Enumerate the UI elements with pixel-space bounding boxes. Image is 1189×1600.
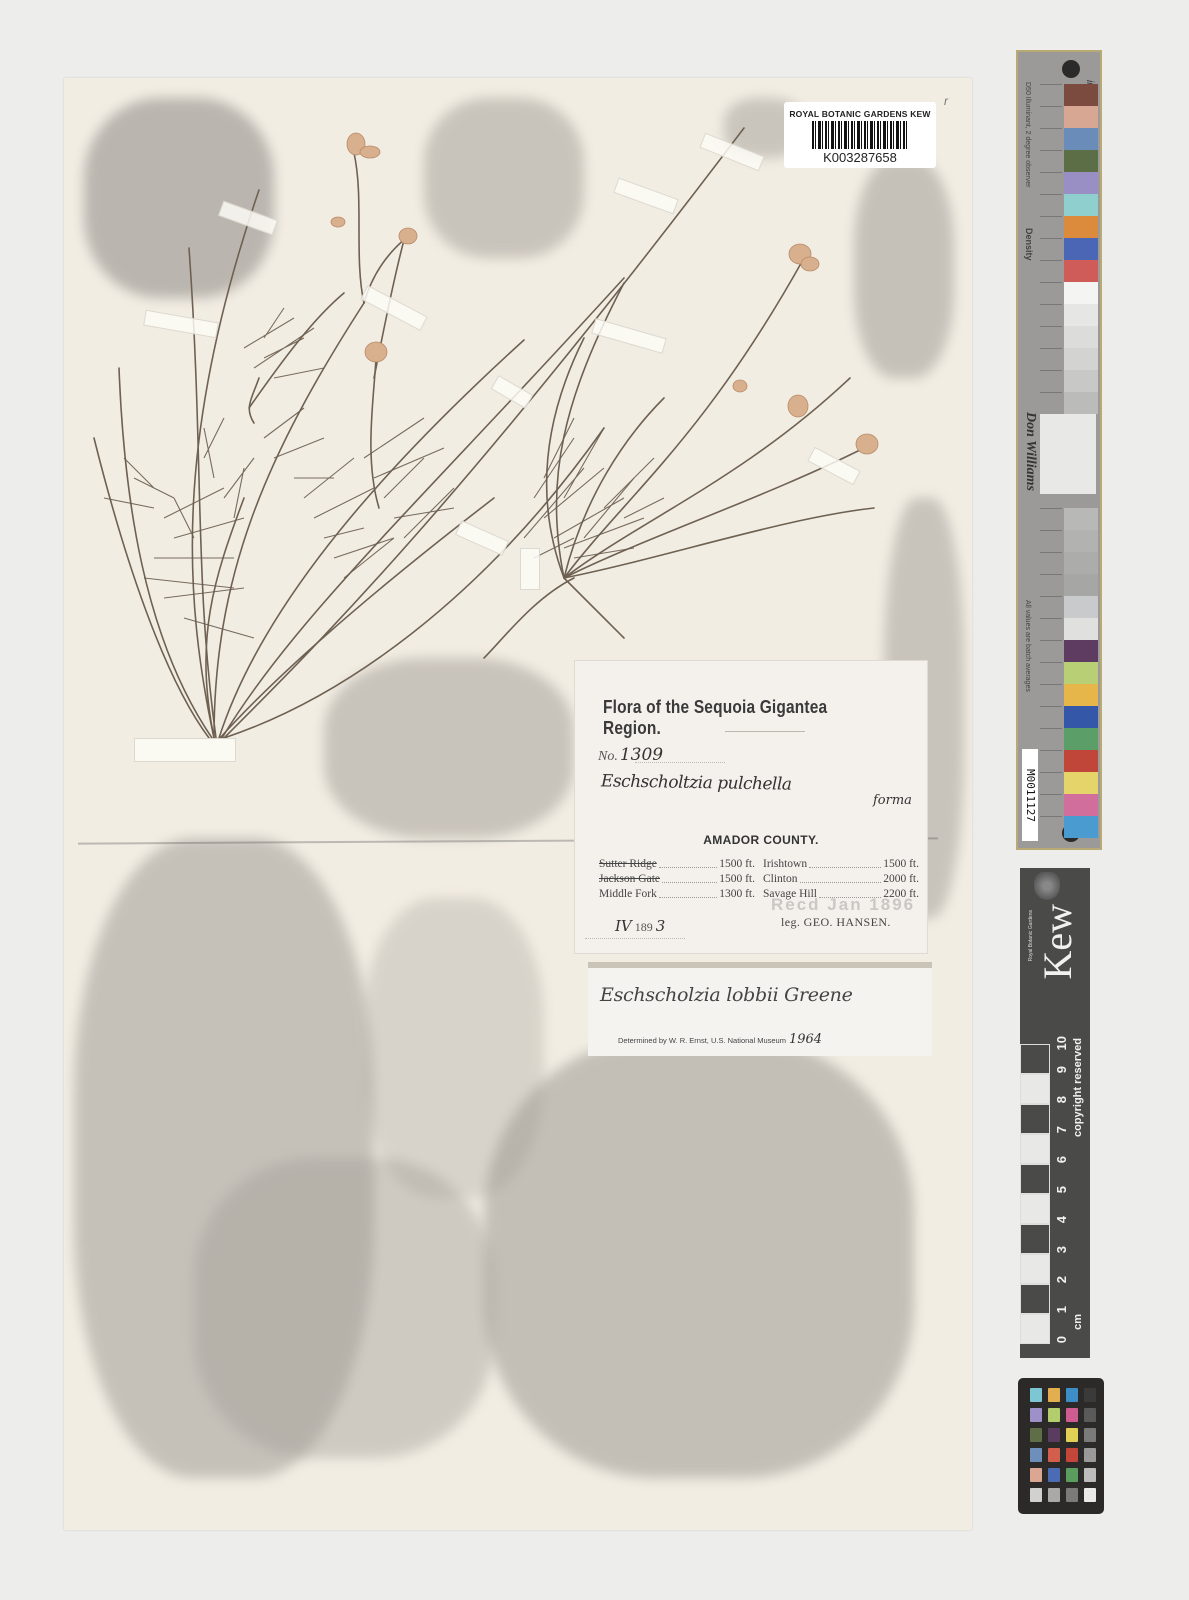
locality-row: Sutter Ridge1500 ft. Irishtown1500 ft. xyxy=(599,857,919,872)
handwritten-taxon-name: Eschscholtzia pulchella xyxy=(601,771,792,794)
patch-divider xyxy=(1040,530,1062,553)
collection-date: IV 189 3 xyxy=(615,917,665,935)
checker-patch xyxy=(1030,1468,1042,1482)
color-patch xyxy=(1064,596,1098,618)
stain xyxy=(194,1158,494,1458)
patch-divider xyxy=(1040,106,1062,129)
patch-divider xyxy=(1040,640,1062,663)
checker-patch xyxy=(1030,1488,1042,1502)
color-patch xyxy=(1064,194,1098,216)
checker-patch xyxy=(1066,1408,1078,1422)
kew-scale-ruler: Royal Botanic Gardens Kew copyright rese… xyxy=(1020,868,1090,1358)
scale-tick-label: 0 xyxy=(1054,1336,1069,1343)
patch-divider xyxy=(1040,392,1062,415)
stain xyxy=(484,1038,914,1478)
color-patch xyxy=(1064,84,1098,106)
checker-patch xyxy=(1084,1428,1096,1442)
kew-copyright: copyright reserved xyxy=(1072,1038,1084,1137)
scale-segment xyxy=(1020,1164,1050,1194)
patch-divider xyxy=(1040,216,1062,239)
locality-altitude: 2000 ft. xyxy=(883,872,919,887)
collector-name: leg. GEO. HANSEN. xyxy=(781,915,891,930)
scale-tick-label: 5 xyxy=(1054,1186,1069,1193)
strip-gray-target xyxy=(1040,414,1096,494)
patch-divider xyxy=(1040,728,1062,751)
checker-patch xyxy=(1084,1448,1096,1462)
strip-brand: Don Williams xyxy=(1022,412,1038,491)
scale-tick-label: 1 xyxy=(1054,1306,1069,1313)
checker-patch xyxy=(1084,1408,1096,1422)
color-patch xyxy=(1064,684,1098,706)
checker-patch xyxy=(1048,1408,1060,1422)
checker-patch xyxy=(1066,1448,1078,1462)
checker-patch xyxy=(1030,1388,1042,1402)
patch-divider xyxy=(1040,684,1062,707)
locality-name: Irishtown xyxy=(763,857,807,872)
scale-tick-label: 10 xyxy=(1054,1036,1069,1050)
color-patch xyxy=(1064,662,1098,684)
patch-divider xyxy=(1040,750,1062,773)
locality-name: Clinton xyxy=(763,872,798,887)
mounting-tape xyxy=(134,738,236,762)
determined-taxon-name: Eschscholzia lobbii Greene xyxy=(600,984,853,1006)
number-line xyxy=(635,762,725,763)
locality-name: Middle Fork xyxy=(599,887,657,902)
checker-patch xyxy=(1066,1428,1078,1442)
color-patch xyxy=(1064,750,1098,772)
checker-patch xyxy=(1066,1388,1078,1402)
scale-tick-label: 7 xyxy=(1054,1126,1069,1133)
patch-divider xyxy=(1040,370,1062,393)
checker-patch xyxy=(1048,1448,1060,1462)
barcode-label: ROYAL BOTANIC GARDENS KEW K003287658 xyxy=(784,102,936,168)
determiner-text: Determined by W. R. Ernst, U.S. National… xyxy=(618,1036,786,1045)
scale-tick-label: 2 xyxy=(1054,1276,1069,1283)
kew-logo: Kew xyxy=(1038,904,1078,980)
patch-divider xyxy=(1040,508,1062,531)
color-patch xyxy=(1064,574,1098,596)
determined-by: Determined by W. R. Ernst, U.S. National… xyxy=(618,1032,822,1047)
checker-patch xyxy=(1030,1448,1042,1462)
color-patch xyxy=(1064,172,1098,194)
color-patch xyxy=(1064,326,1098,348)
checker-patch xyxy=(1048,1388,1060,1402)
patch-divider xyxy=(1040,304,1062,327)
color-patch xyxy=(1064,128,1098,150)
kew-unit: cm xyxy=(1072,1314,1084,1330)
strip-side-note: D50 Illuminant, 2 degree observer xyxy=(1024,82,1031,187)
scale-segment xyxy=(1020,1074,1050,1104)
patch-divider xyxy=(1040,772,1062,795)
scale-segment xyxy=(1020,1134,1050,1164)
patch-divider xyxy=(1040,348,1062,371)
mounting-tape xyxy=(520,548,540,590)
color-patch xyxy=(1064,106,1098,128)
color-patch xyxy=(1064,530,1098,552)
patch-divider xyxy=(1040,552,1062,575)
patch-divider xyxy=(1040,794,1062,817)
barcode-icon xyxy=(812,121,908,149)
color-reference-strip: D50 Illuminant, 2 degree observer inches… xyxy=(1016,50,1102,850)
locality-altitude: 1500 ft. xyxy=(883,857,919,872)
scale-segment xyxy=(1020,1314,1050,1344)
color-patch xyxy=(1064,794,1098,816)
locality-altitude: 1500 ft. xyxy=(719,857,755,872)
date-line xyxy=(585,938,685,939)
checker-patch xyxy=(1066,1468,1078,1482)
color-patch xyxy=(1064,282,1098,304)
determination-year: 1964 xyxy=(789,1032,822,1047)
kew-crest-icon xyxy=(1034,872,1060,900)
scale-tick-label: 8 xyxy=(1054,1096,1069,1103)
patch-divider xyxy=(1040,662,1062,685)
strip-id: M0011127 xyxy=(1022,749,1038,841)
barcode-institution: ROYAL BOTANIC GARDENS KEW xyxy=(784,109,936,119)
color-patch xyxy=(1064,706,1098,728)
kew-sub-brand: Royal Botanic Gardens xyxy=(1028,910,1034,961)
color-patch xyxy=(1064,392,1098,414)
patch-divider xyxy=(1040,282,1062,305)
color-patch xyxy=(1064,238,1098,260)
checker-patch xyxy=(1084,1388,1096,1402)
color-patch xyxy=(1064,728,1098,750)
scale-segment xyxy=(1020,1224,1050,1254)
patch-divider xyxy=(1040,326,1062,349)
checker-patch xyxy=(1084,1468,1096,1482)
checker-patch xyxy=(1048,1468,1060,1482)
locality-name: Sutter Ridge xyxy=(599,857,657,872)
patch-divider xyxy=(1040,150,1062,173)
scale-segment xyxy=(1020,1044,1050,1074)
date-month: IV xyxy=(615,917,632,935)
date-year-printed: 189 xyxy=(635,920,653,934)
patch-divider xyxy=(1040,816,1062,839)
barcode-number: K003287658 xyxy=(784,150,936,165)
color-patch xyxy=(1064,816,1098,838)
pencil-mark: r xyxy=(944,94,948,108)
patch-divider xyxy=(1040,238,1062,261)
locality-altitude: 1300 ft. xyxy=(719,887,755,902)
determination-slip: Eschscholzia lobbii Greene Determined by… xyxy=(588,962,932,1056)
patch-divider xyxy=(1040,596,1062,619)
patch-divider xyxy=(1040,574,1062,597)
collection-number-prefix: No. xyxy=(598,749,618,764)
checker-patch xyxy=(1084,1488,1096,1502)
color-patch xyxy=(1064,508,1098,530)
color-patch xyxy=(1064,304,1098,326)
checker-patch xyxy=(1030,1428,1042,1442)
patch-divider xyxy=(1040,260,1062,283)
patch-divider xyxy=(1040,84,1062,107)
patch-divider xyxy=(1040,194,1062,217)
scale-segment xyxy=(1020,1254,1050,1284)
locality-name: Jackson Gate xyxy=(599,872,660,887)
color-patch xyxy=(1064,150,1098,172)
locality-row: Jackson Gate1500 ft. Clinton2000 ft. xyxy=(599,872,919,887)
kew-scale-bar xyxy=(1020,1044,1050,1344)
locality-altitude: 1500 ft. xyxy=(719,872,755,887)
strip-hole-icon xyxy=(1062,60,1080,78)
patch-divider xyxy=(1040,706,1062,729)
patch-divider xyxy=(1040,172,1062,195)
color-patch xyxy=(1064,618,1098,640)
scale-segment xyxy=(1020,1284,1050,1314)
county-heading: AMADOR COUNTY. xyxy=(575,833,927,847)
label-title: Flora of the Sequoia Gigantea Region. xyxy=(603,697,882,739)
date-year-handwritten: 3 xyxy=(656,917,666,935)
handwritten-taxon-suffix: forma xyxy=(873,793,912,808)
checker-patch xyxy=(1066,1488,1078,1502)
collector-label: Flora of the Sequoia Gigantea Region. No… xyxy=(574,660,928,954)
strip-density-label: Density xyxy=(1024,228,1034,261)
patch-divider xyxy=(1040,618,1062,641)
scale-tick-label: 4 xyxy=(1054,1216,1069,1223)
checker-patch xyxy=(1030,1408,1042,1422)
scale-segment xyxy=(1020,1104,1050,1134)
herbarium-sheet: r ROYAL BOTANIC GARDENS KEW K003287658 F… xyxy=(64,78,972,1530)
color-checker-card xyxy=(1018,1378,1104,1514)
scale-tick-label: 9 xyxy=(1054,1066,1069,1073)
color-patch xyxy=(1064,216,1098,238)
color-patch xyxy=(1064,640,1098,662)
scale-tick-label: 6 xyxy=(1054,1156,1069,1163)
color-patch xyxy=(1064,260,1098,282)
label-rule xyxy=(725,731,805,732)
patch-divider xyxy=(1040,128,1062,151)
checker-patch xyxy=(1048,1428,1060,1442)
scale-tick-label: 3 xyxy=(1054,1246,1069,1253)
received-stamp: Recd Jan 1896 xyxy=(771,895,915,915)
strip-footer-note: All values are batch averages xyxy=(1024,600,1031,692)
color-patch xyxy=(1064,348,1098,370)
color-patch xyxy=(1064,552,1098,574)
color-patch xyxy=(1064,772,1098,794)
scale-segment xyxy=(1020,1194,1050,1224)
color-patch xyxy=(1064,370,1098,392)
checker-patch xyxy=(1048,1488,1060,1502)
